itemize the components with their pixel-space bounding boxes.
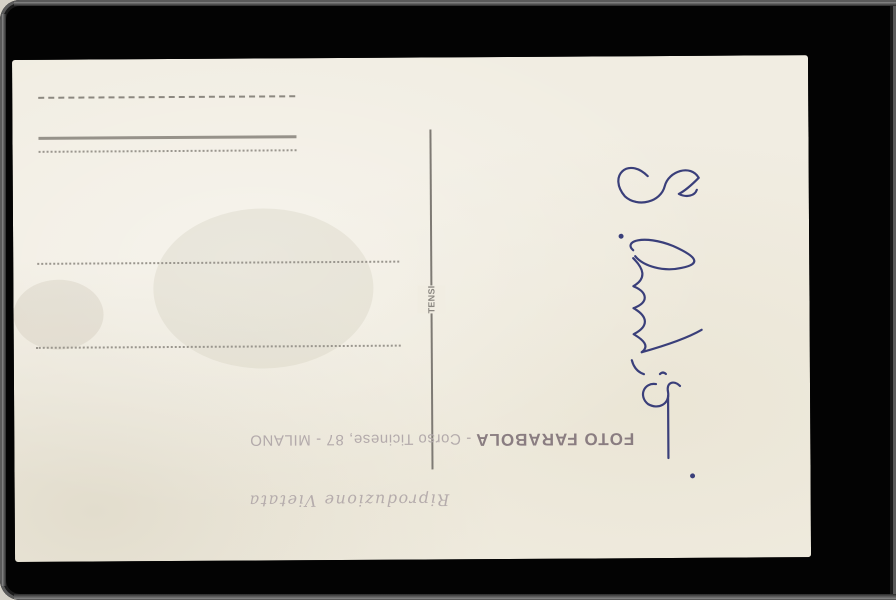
address-line [39, 149, 297, 153]
postcard-back: TENSI FOTO FARABOLA - Corso Ticinese, 87… [12, 55, 811, 562]
address-line [38, 135, 296, 140]
publisher-address: - Corso Ticinese, 87 - MILANO [250, 431, 472, 449]
holder-top-edge [14, 2, 896, 6]
scuff-mark [13, 279, 103, 350]
holder-left-edge [2, 14, 6, 586]
signature-icon [603, 146, 715, 487]
divider-mark: TENSI [417, 285, 445, 313]
publisher-imprint: FOTO FARABOLA - Corso Ticinese, 87 - MIL… [166, 426, 634, 453]
reproduction-notice: Riproduzione Vietata [215, 487, 483, 515]
address-line [38, 95, 295, 99]
holder-bottom-edge [14, 594, 896, 599]
